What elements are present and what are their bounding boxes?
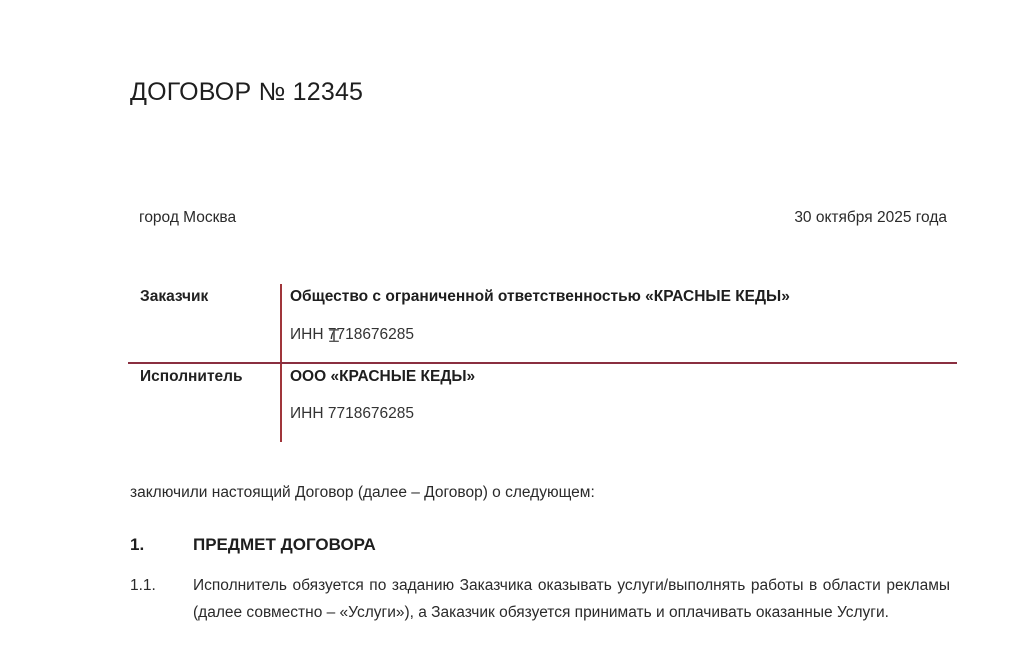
contractor-inn[interactable]: ИНН 7718676285 <box>290 405 414 423</box>
customer-inn[interactable]: ИНН 7718676285 <box>290 326 414 344</box>
contract-meta: город Москва 30 октября 2025 года <box>139 209 947 227</box>
text-cursor-icon: Ɪ <box>329 324 339 348</box>
customer-label: Заказчик <box>140 288 208 306</box>
section-heading: 1. ПРЕДМЕТ ДОГОВОРА <box>130 535 376 555</box>
contract-city: город Москва <box>139 209 236 227</box>
parties-table: Заказчик Общество с ограниченной ответст… <box>128 284 957 442</box>
contractor-name[interactable]: ООО «КРАСНЫЕ КЕДЫ» <box>290 368 475 386</box>
table-horizontal-divider <box>128 362 957 364</box>
customer-name[interactable]: Общество с ограниченной ответственностью… <box>290 288 790 306</box>
contractor-label: Исполнитель <box>140 368 243 386</box>
section-number: 1. <box>130 535 193 555</box>
contract-title: ДОГОВОР № 12345 <box>130 78 363 107</box>
document-page: ДОГОВОР № 12345 город Москва 30 октября … <box>0 0 1024 664</box>
section-title: ПРЕДМЕТ ДОГОВОРА <box>193 535 376 555</box>
clause-number: 1.1. <box>130 572 193 626</box>
clause-text[interactable]: Исполнитель обязуется по заданию Заказчи… <box>193 572 950 626</box>
intro-paragraph[interactable]: заключили настоящий Договор (далее – Дог… <box>130 484 595 502</box>
contract-date: 30 октября 2025 года <box>794 209 947 227</box>
clause: 1.1. Исполнитель обязуется по заданию За… <box>130 572 950 626</box>
